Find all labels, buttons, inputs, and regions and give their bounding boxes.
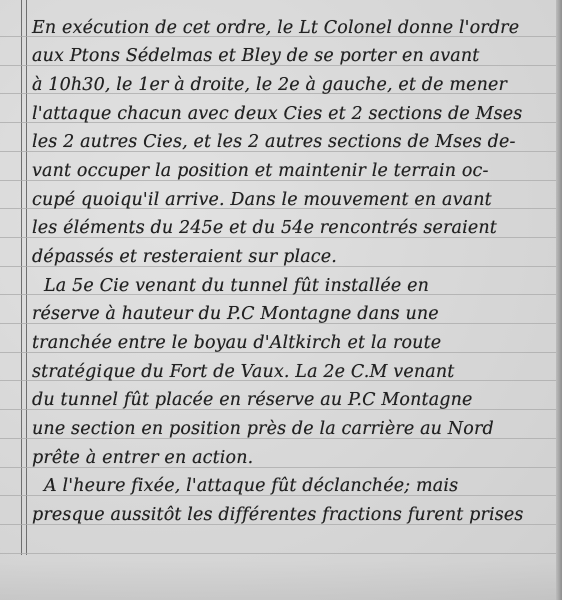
ruled-line [0,553,556,554]
text-line: cupé quoiqu'il arrive. Dans le mouvement… [32,186,554,214]
text-line: à 10h30, le 1er à droite, le 2e à gauche… [32,71,554,99]
margin-rule-right [26,0,27,555]
text-line: vant occuper la position et maintenir le… [32,157,554,185]
margin-rule-left [21,0,22,555]
text-line: aux Ptons Sédelmas et Bley de se porter … [32,42,554,70]
paragraph-start-line: La 5e Cie venant du tunnel fût installée… [44,272,562,300]
text-line: presque aussitôt les différentes fractio… [32,501,554,529]
page-edge-right [556,0,562,600]
text-line: l'attaque chacun avec deux Cies et 2 sec… [32,100,554,128]
text-line: prête à entrer en action. [32,444,554,472]
text-line: du tunnel fût placée en réserve au P.C M… [32,386,554,414]
text-line: les éléments du 245e et du 54e rencontré… [32,214,554,242]
text-line: En exécution de cet ordre, le Lt Colonel… [32,14,554,42]
text-line: stratégique du Fort de Vaux. La 2e C.M v… [32,358,554,386]
text-line: les 2 autres Cies, et les 2 autres secti… [32,128,554,156]
text-line: une section en position près de la carri… [32,415,554,443]
text-line: réserve à hauteur du P.C Montagne dans u… [32,300,554,328]
page-shadow-bottom [0,560,562,600]
text-line: dépassés et resteraient sur place. [32,243,554,271]
paragraph-start-line: A l'heure fixée, l'attaque fût déclanché… [44,472,562,500]
scanned-journal-page: En exécution de cet ordre, le Lt Colonel… [0,0,562,600]
text-line: tranchée entre le boyau d'Altkirch et la… [32,329,554,357]
